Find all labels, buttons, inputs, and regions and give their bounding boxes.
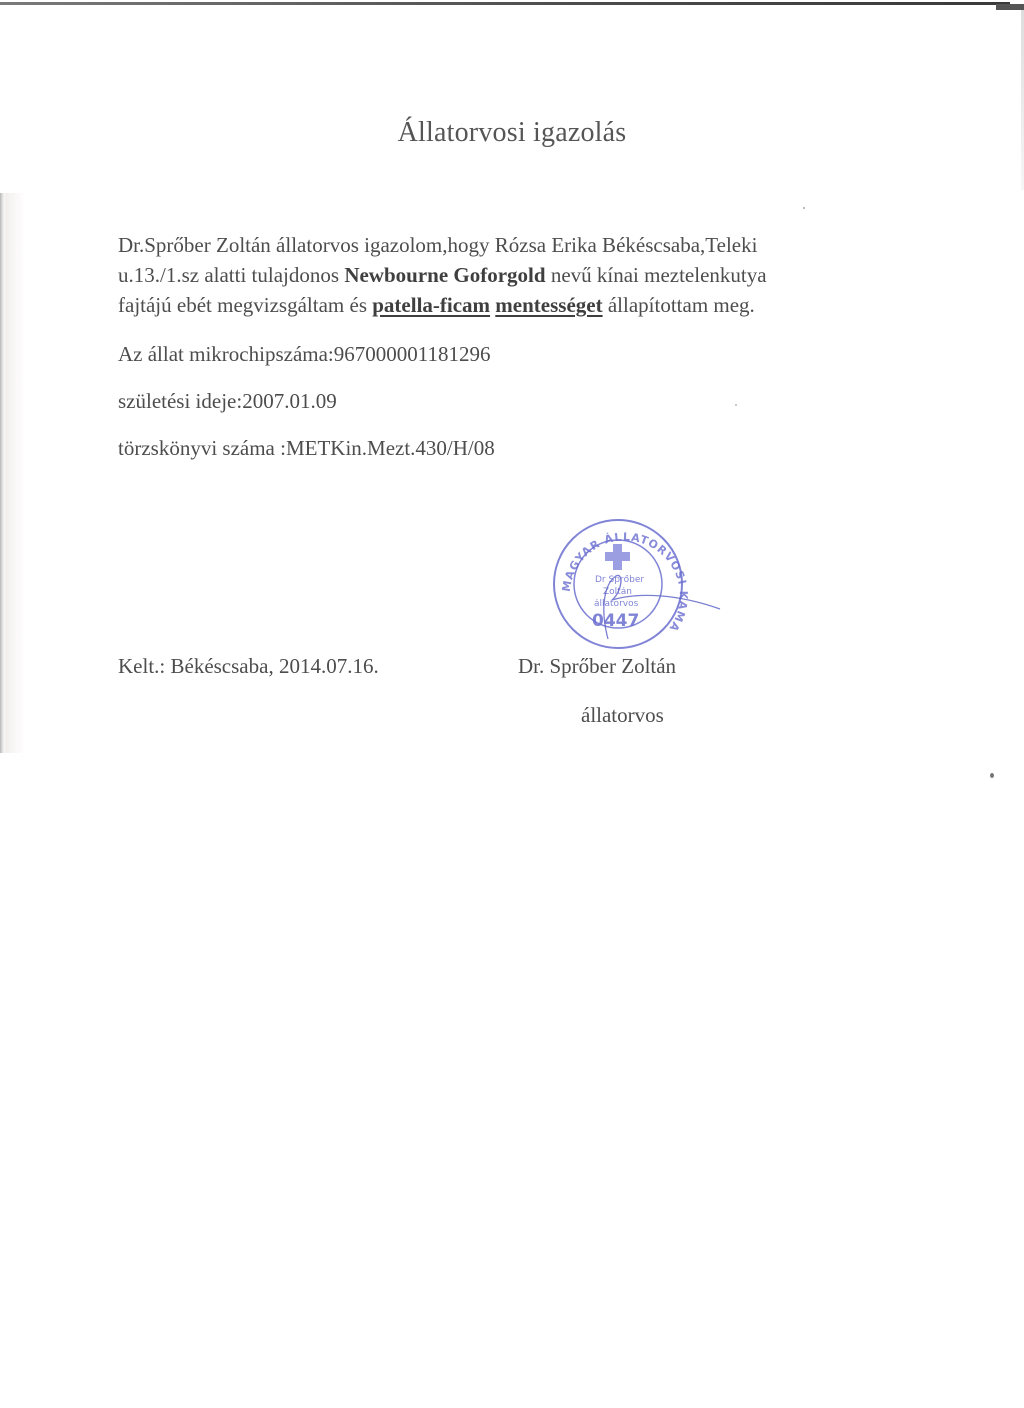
scan-speck [990, 773, 994, 778]
statement-line-2-end: nevű kínai meztelenkutya [546, 263, 767, 287]
scan-edge-mark [996, 4, 1024, 10]
stamp-number: 0447 [592, 611, 639, 631]
stamp-inner-line-3: állatorvos [594, 599, 639, 609]
statement-line-2-start: u.13./1.sz alatti tulajdonos [118, 263, 344, 287]
stamp-cross-icon [605, 544, 630, 570]
certificate-statement: Dr.Sprőber Zoltán állatorvos igazolom,ho… [118, 230, 848, 320]
registry-number: törzskönyvi száma :METKin.Mezt.430/H/08 [118, 436, 495, 461]
scan-top-border [0, 2, 1010, 5]
statement-line-3-start: fajtájú ebét megvizsgáltam és [118, 293, 372, 317]
condition-name: patella-ficam [372, 293, 490, 317]
scan-speck [735, 404, 737, 406]
signer-title: állatorvos [581, 703, 664, 728]
microchip-number: Az állat mikrochipszáma:967000001181296 [118, 342, 490, 367]
veterinary-stamp: MAGYAR ÁLLATORVOSI KAMARA Dr Sprőber Zol… [548, 514, 728, 654]
signer-name: Dr. Sprőber Zoltán [518, 654, 676, 679]
exemption-word: mentességet [495, 293, 602, 317]
birth-date: születési ideje:2007.01.09 [118, 389, 337, 414]
statement-line-3-end: állapítottam meg. [603, 293, 755, 317]
document-title: Állatorvosi igazolás [0, 117, 1024, 149]
dog-name: Newbourne Goforgold [344, 263, 545, 287]
scan-left-tint [5, 193, 25, 753]
issue-date-place: Kelt.: Békéscsaba, 2014.07.16. [118, 654, 379, 679]
scan-speck [803, 207, 805, 209]
statement-line-1: Dr.Sprőber Zoltán állatorvos igazolom,ho… [118, 233, 757, 257]
